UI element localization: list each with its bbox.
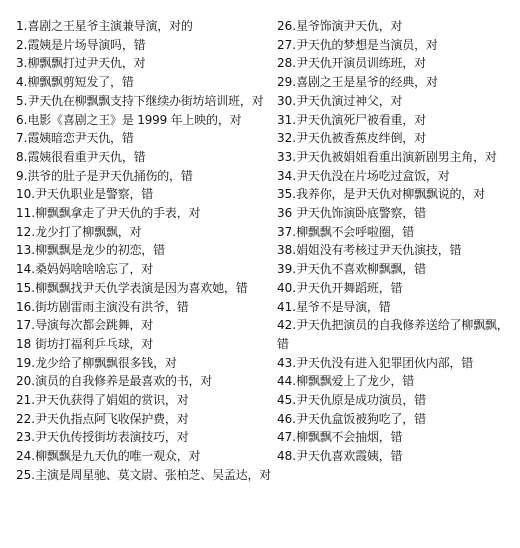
item-number: 32. (277, 131, 296, 145)
item-number: 47. (277, 430, 296, 444)
item-number: 6. (16, 113, 27, 127)
item-text: 我养你，是尹天仇对柳飘飘说的，对 (296, 187, 485, 201)
list-item: 27.尹天仇的梦想是当演员，对 (277, 36, 517, 55)
item-text: 尹天仇喜欢霞姨，错 (296, 449, 402, 463)
item-text: 尹天仇的梦想是当演员，对 (296, 38, 438, 52)
item-number: 5. (16, 94, 27, 108)
list-item: 13.柳飘飘是龙少的初恋，错 (16, 241, 274, 260)
list-item: 23.尹天仇传授街坊表演技巧，对 (16, 428, 274, 447)
item-text: 导演每次都会跳舞，对 (35, 318, 153, 332)
item-number: 42. (277, 318, 296, 332)
item-number: 27. (277, 38, 296, 52)
item-number: 19. (16, 356, 35, 370)
item-text: 尹天仇原是成功演员，错 (296, 393, 426, 407)
item-text: 尹天仇指点阿飞收保护费，对 (35, 412, 188, 426)
list-item: 31.尹天仇演死尸被看重，对 (277, 111, 517, 130)
item-number: 13. (16, 243, 35, 257)
item-text: 尹天仇不喜欢柳飘飘，错 (296, 262, 426, 276)
item-text: 洪爷的肚子是尹天仇捅伤的，错 (27, 169, 192, 183)
list-item: 21.尹天仇获得了娟姐的赏识，对 (16, 391, 274, 410)
list-item: 46.尹天仇盒饭被狗吃了，错 (277, 410, 517, 429)
item-text: 喜剧之王星爷主演兼导演，对的 (27, 19, 192, 33)
list-item: 22.尹天仇指点阿飞收保护费，对 (16, 410, 274, 429)
item-text: 尹天仇把演员的自我修养送给了柳飘飘，错 (277, 318, 509, 351)
list-item: 36 尹天仇饰演卧底警察，错 (277, 204, 517, 223)
list-item: 12.龙少打了柳飘飘，对 (16, 223, 274, 242)
list-item: 15.柳飘飘找尹天仇学表演是因为喜欢她，错 (16, 279, 274, 298)
item-number: 30. (277, 94, 296, 108)
item-number: 8. (16, 150, 27, 164)
list-item: 28.尹天仇开演员训练班，对 (277, 54, 517, 73)
list-item: 47.柳飘飘不会抽烟，错 (277, 428, 517, 447)
item-text: 柳飘飘找尹天仇学表演是因为喜欢她，错 (35, 281, 247, 295)
item-text: 霞姨是片场导演吗，错 (27, 38, 145, 52)
item-text: 星爷不是导演，错 (296, 300, 390, 314)
item-number: 9. (16, 169, 27, 183)
list-item: 30.尹天仇演过神父，对 (277, 92, 517, 111)
item-number: 26. (277, 19, 296, 33)
item-number: 40. (277, 281, 296, 295)
list-item: 16.街坊剧雷雨主演没有洪爷，错 (16, 298, 274, 317)
list-item: 11.柳飘飘拿走了尹天仇的手表，对 (16, 204, 274, 223)
item-number: 16. (16, 300, 35, 314)
item-number: 4. (16, 75, 27, 89)
item-number: 41. (277, 300, 296, 314)
list-item: 48.尹天仇喜欢霞姨，错 (277, 447, 517, 466)
item-number: 29. (277, 75, 296, 89)
item-text: 尹天仇饰演卧底警察，错 (296, 206, 426, 220)
item-text: 柳飘飘爱上了龙少，错 (296, 374, 414, 388)
item-text: 电影《喜剧之王》是 1999 年上映的，对 (27, 113, 241, 127)
list-item: 19.龙少给了柳飘飘很多钱，对 (16, 354, 274, 373)
list-item: 29.喜剧之王是星爷的经典，对 (277, 73, 517, 92)
list-item: 34.尹天仇没在片场吃过盒饭，对 (277, 167, 517, 186)
item-text: 尹天仇传授街坊表演技巧，对 (35, 430, 188, 444)
item-text: 柳飘飘是龙少的初恋，错 (35, 243, 165, 257)
item-text: 柳飘飘是九天仇的唯一观众，对 (35, 449, 200, 463)
list-item: 5.尹天仇在柳飘飘支持下继续办街坊培训班，对 (16, 92, 274, 111)
item-number: 34. (277, 169, 296, 183)
list-item: 6.电影《喜剧之王》是 1999 年上映的，对 (16, 111, 274, 130)
item-number: 44. (277, 374, 296, 388)
item-text: 尹天仇开演员训练班，对 (296, 56, 426, 70)
list-item: 7.霞姨暗恋尹天仇，错 (16, 129, 274, 148)
item-text: 尹天仇在柳飘飘支持下继续办街坊培训班，对 (27, 94, 263, 108)
list-item: 14.桑妈妈啥啥啥忘了，对 (16, 260, 274, 279)
item-number: 25. (16, 468, 35, 482)
list-item: 39.尹天仇不喜欢柳飘飘，错 (277, 260, 517, 279)
item-number: 7. (16, 131, 27, 145)
item-text: 龙少给了柳飘飘很多钱，对 (35, 356, 177, 370)
item-text: 柳飘飘拿走了尹天仇的手表，对 (35, 206, 200, 220)
item-text: 尹天仇开舞蹈班，错 (296, 281, 402, 295)
item-text: 柳飘飘不会抽烟，错 (296, 430, 402, 444)
list-item: 24.柳飘飘是九天仇的唯一观众，对 (16, 447, 274, 466)
list-item: 37.柳飘飘不会呼啦圈，错 (277, 223, 517, 242)
item-text: 尹天仇没有进入犯罪团伙内部，错 (296, 356, 473, 370)
item-text: 尹天仇获得了娟姐的赏识，对 (35, 393, 188, 407)
item-number: 3. (16, 56, 27, 70)
item-text: 尹天仇演过神父，对 (296, 94, 402, 108)
item-number: 22. (16, 412, 35, 426)
item-text: 主演是周星驰、莫文尉、张柏芝、吴孟达，对 (35, 468, 271, 482)
list-item: 20.演员的自我修养是最喜欢的书，对 (16, 372, 274, 391)
item-number: 45. (277, 393, 296, 407)
item-text: 霞姨很看重尹天仇，错 (27, 150, 145, 164)
list-item: 41.星爷不是导演，错 (277, 298, 517, 317)
item-text: 街坊打福利乒乓球，对 (35, 337, 153, 351)
item-number: 12. (16, 225, 35, 239)
list-item: 40.尹天仇开舞蹈班，错 (277, 279, 517, 298)
list-item: 38.娟姐没有考核过尹天仇演技，错 (277, 241, 517, 260)
item-number: 18 (16, 337, 35, 351)
item-number: 28. (277, 56, 296, 70)
item-text: 演员的自我修养是最喜欢的书，对 (35, 374, 212, 388)
item-number: 46. (277, 412, 296, 426)
item-number: 10. (16, 187, 35, 201)
item-number: 43. (277, 356, 296, 370)
item-text: 霞姨暗恋尹天仇，错 (27, 131, 133, 145)
item-text: 龙少打了柳飘飘，对 (35, 225, 141, 239)
list-item: 32.尹天仇被香蕉皮绊倒，对 (277, 129, 517, 148)
item-number: 24. (16, 449, 35, 463)
item-text: 柳飘飘剪短发了，错 (27, 75, 133, 89)
item-number: 15. (16, 281, 35, 295)
item-number: 17. (16, 318, 35, 332)
item-number: 38. (277, 243, 296, 257)
item-text: 尹天仇没在片场吃过盒饭，对 (296, 169, 449, 183)
item-text: 尹天仇被香蕉皮绊倒，对 (296, 131, 426, 145)
item-number: 48. (277, 449, 296, 463)
item-number: 31. (277, 113, 296, 127)
item-number: 14. (16, 262, 35, 276)
item-number: 2. (16, 38, 27, 52)
item-number: 20. (16, 374, 35, 388)
item-text: 喜剧之王是星爷的经典，对 (296, 75, 438, 89)
item-text: 娟姐没有考核过尹天仇演技，错 (296, 243, 461, 257)
item-text: 尹天仇演死尸被看重，对 (296, 113, 426, 127)
list-item: 44.柳飘飘爱上了龙少，错 (277, 372, 517, 391)
list-item: 18 街坊打福利乒乓球，对 (16, 335, 274, 354)
list-item: 8.霞姨很看重尹天仇，错 (16, 148, 274, 167)
right-column: 26.星爷饰演尹天仇，对27.尹天仇的梦想是当演员，对28.尹天仇开演员训练班，… (277, 17, 517, 466)
item-number: 1. (16, 19, 27, 33)
item-number: 21. (16, 393, 35, 407)
list-item: 1.喜剧之王星爷主演兼导演，对的 (16, 17, 274, 36)
item-text: 桑妈妈啥啥啥忘了，对 (35, 262, 153, 276)
item-text: 街坊剧雷雨主演没有洪爷，错 (35, 300, 188, 314)
item-text: 柳飘飘不会呼啦圈，错 (296, 225, 414, 239)
list-item: 25.主演是周星驰、莫文尉、张柏芝、吴孟达，对 (16, 466, 274, 485)
item-text: 星爷饰演尹天仇，对 (296, 19, 402, 33)
list-item: 26.星爷饰演尹天仇，对 (277, 17, 517, 36)
item-number: 36 (277, 206, 296, 220)
list-item: 45.尹天仇原是成功演员，错 (277, 391, 517, 410)
item-text: 尹天仇被娟姐看重出演新剧男主角，对 (296, 150, 497, 164)
list-item: 33.尹天仇被娟姐看重出演新剧男主角，对 (277, 148, 517, 167)
item-text: 柳飘飘打过尹天仇，对 (27, 56, 145, 70)
list-item: 17.导演每次都会跳舞，对 (16, 316, 274, 335)
list-item: 3.柳飘飘打过尹天仇，对 (16, 54, 274, 73)
item-number: 33. (277, 150, 296, 164)
item-number: 39. (277, 262, 296, 276)
list-item: 2.霞姨是片场导演吗，错 (16, 36, 274, 55)
list-item: 9.洪爷的肚子是尹天仇捅伤的，错 (16, 167, 274, 186)
item-text: 尹天仇职业是警察，错 (35, 187, 153, 201)
list-item: 10.尹天仇职业是警察，错 (16, 185, 274, 204)
list-item: 35.我养你，是尹天仇对柳飘飘说的，对 (277, 185, 517, 204)
item-number: 11. (16, 206, 35, 220)
item-number: 23. (16, 430, 35, 444)
list-item: 43.尹天仇没有进入犯罪团伙内部，错 (277, 354, 517, 373)
list-item: 42.尹天仇把演员的自我修养送给了柳飘飘，错 (277, 316, 517, 353)
left-column: 1.喜剧之王星爷主演兼导演，对的2.霞姨是片场导演吗，错3.柳飘飘打过尹天仇，对… (16, 17, 274, 485)
item-number: 35. (277, 187, 296, 201)
item-number: 37. (277, 225, 296, 239)
list-item: 4.柳飘飘剪短发了，错 (16, 73, 274, 92)
item-text: 尹天仇盒饭被狗吃了，错 (296, 412, 426, 426)
